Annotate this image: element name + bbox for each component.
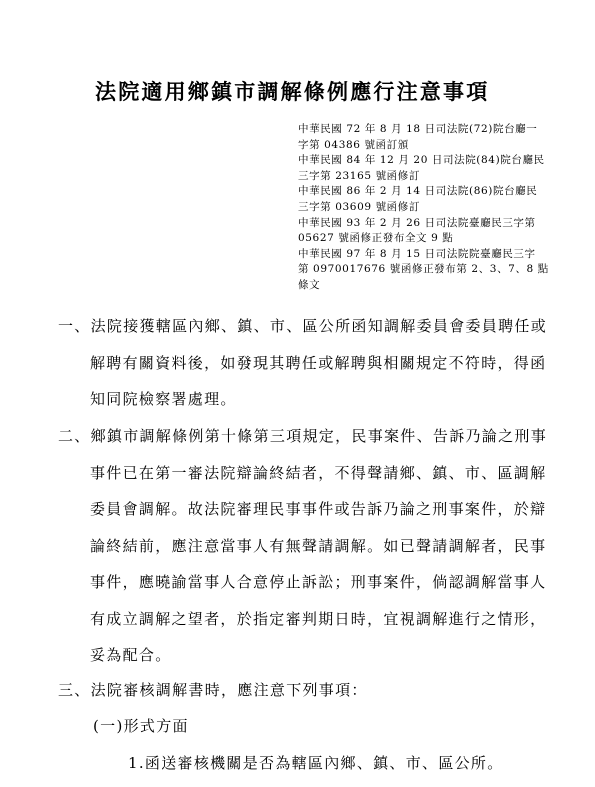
section-text: 鄉鎮市調解條例第十條第三項規定，民事案件、告訴乃論之刑事: [91, 427, 547, 445]
section-1-line-1: 一、法院接獲轄區內鄉、鎮、市、區公所函知調解委員會委員聘任或: [58, 316, 547, 336]
subsection-label: (一)形式方面: [93, 716, 189, 736]
history-line: 中華民國 97 年 8 月 15 日司法院院臺廳民三字: [298, 247, 543, 263]
history-line: 三字第 23165 號函修訂: [298, 169, 543, 185]
section-1-line-2: 解聘有關資料後，如發現其聘任或解聘與相關規定不符時，得函: [90, 353, 546, 373]
history-line: 條文: [298, 278, 543, 294]
document-title: 法院適用鄉鎮市調解條例應行注意事項: [95, 76, 515, 106]
section-number: 二、: [58, 426, 91, 446]
section-2-line-2: 事件已在第一審法院辯論終結者，不得聲請鄉、鎮、市、區調解: [90, 463, 546, 483]
item-text: 函送審核機關是否為轄區內鄉、鎮、市、區公所。: [145, 754, 504, 772]
section-2-line-3: 委員會調解。故法院審理民事事件或告訴乃論之刑事案件，於辯: [90, 499, 546, 519]
history-line: 中華民國 93 年 2 月 26 日司法院臺廳民三字第: [298, 216, 543, 232]
section-number: 三、: [58, 680, 91, 700]
section-2-line-5: 事件，應曉諭當事人合意停止訴訟；刑事案件，倘認調解當事人: [90, 572, 546, 592]
subsection-item-1: 1.函送審核機關是否為轄區內鄉、鎮、市、區公所。: [128, 753, 504, 773]
section-text: 法院審核調解書時，應注意下列事項：: [91, 681, 368, 699]
history-line: 05627 號函修正發布全文 9 點: [298, 231, 543, 247]
section-text: 法院接獲轄區內鄉、鎮、市、區公所函知調解委員會委員聘任或: [91, 317, 547, 335]
history-line: 第 0970017676 號函修正發布第 2、3、7、8 點: [298, 262, 543, 278]
history-line: 三字第 03609 號函修訂: [298, 200, 543, 216]
section-3-line-1: 三、法院審核調解書時，應注意下列事項：: [58, 680, 368, 700]
section-number: 一、: [58, 316, 91, 336]
section-2-line-4: 論終結前，應注意當事人有無聲請調解。如已聲請調解者，民事: [90, 536, 546, 556]
history-line: 中華民國 72 年 8 月 18 日司法院(72)院台廳一: [298, 122, 543, 138]
history-line: 中華民國 86 年 2 月 14 日司法院(86)院台廳民: [298, 184, 543, 200]
section-2-line-1: 二、鄉鎮市調解條例第十條第三項規定，民事案件、告訴乃論之刑事: [58, 426, 547, 446]
section-1-line-3: 知同院檢察署處理。: [90, 389, 237, 409]
amendment-history: 中華民國 72 年 8 月 18 日司法院(72)院台廳一 字第 04386 號…: [298, 122, 543, 294]
section-2-line-7: 妥為配合。: [90, 645, 172, 665]
history-line: 中華民國 84 年 12 月 20 日司法院(84)院台廳民: [298, 153, 543, 169]
history-line: 字第 04386 號函訂頒: [298, 138, 543, 154]
section-2-line-6: 有成立調解之望者，於指定審判期日時，宜視調解進行之情形，: [90, 609, 546, 629]
item-number: 1.: [128, 753, 145, 773]
